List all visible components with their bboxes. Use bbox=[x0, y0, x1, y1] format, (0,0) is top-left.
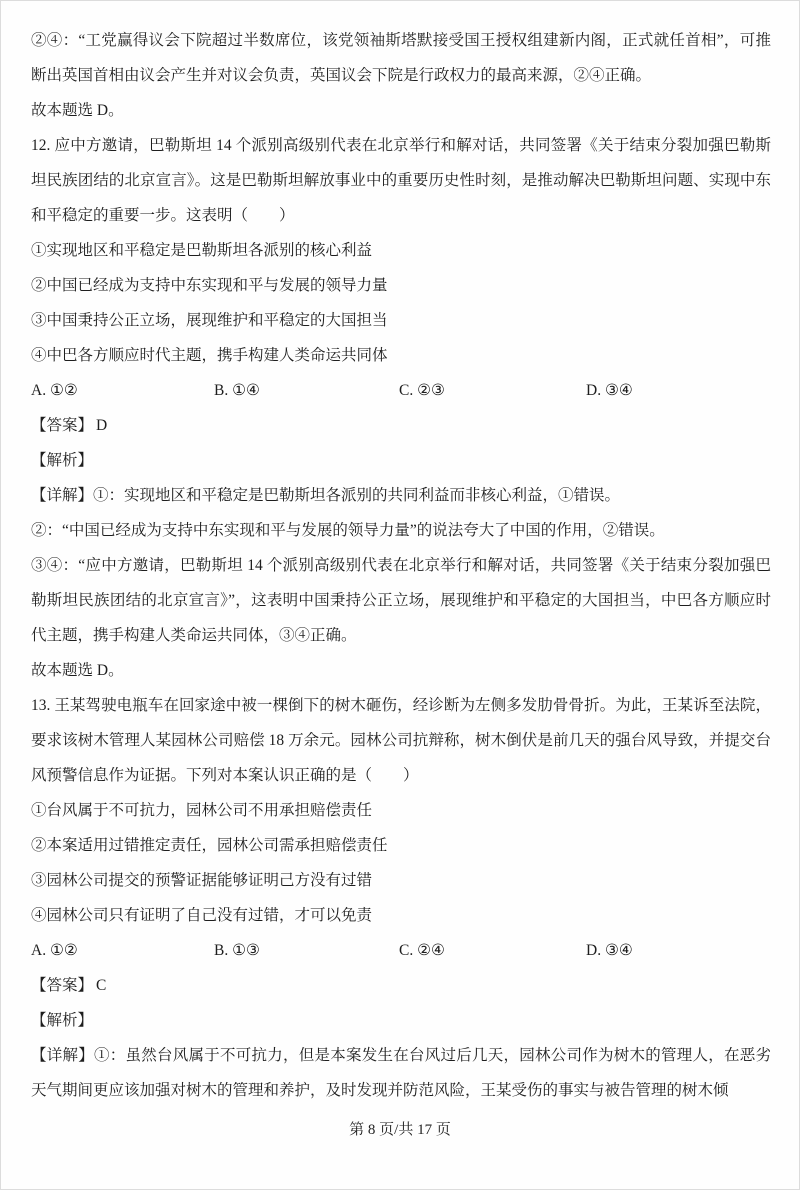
question-12-choice-d: D. ③④ bbox=[586, 373, 771, 408]
question-13-stem: 13. 王某驾驶电瓶车在回家途中被一棵倒下的树木砸伤，经诊断为左侧多发肋骨骨折。… bbox=[31, 688, 771, 793]
question-13-option-1: ①台风属于不可抗力，园林公司不用承担赔偿责任 bbox=[31, 793, 771, 828]
document-page: ②④：“工党赢得议会下院超过半数席位，该党领袖斯塔默接受国王授权组建新内阁，正式… bbox=[0, 0, 800, 1190]
answer-label: 【答案】 bbox=[31, 417, 93, 434]
question-13-detail-paragraph: 【详解】①：虽然台风属于不可抗力，但是本案发生在台风过后几天，园林公司作为树木的… bbox=[31, 1038, 771, 1108]
question-12-analysis-heading: 【解析】 bbox=[31, 443, 771, 478]
question-12-detail-paragraph: ②：“中国已经成为支持中东实现和平与发展的领导力量”的说法夸大了中国的作用，②错… bbox=[31, 513, 771, 548]
question-13-choice-d: D. ③④ bbox=[586, 933, 771, 968]
question-12-detail-paragraph: 【详解】①：实现地区和平稳定是巴勒斯坦各派别的共同利益而非核心利益，①错误。 bbox=[31, 478, 771, 513]
question-12-choice-a: A. ①② bbox=[31, 373, 214, 408]
q11-conclusion: 故本题选 D。 bbox=[31, 93, 771, 128]
question-12-conclusion: 故本题选 D。 bbox=[31, 653, 771, 688]
question-12-option-3: ③中国秉持公正立场，展现维护和平稳定的大国担当 bbox=[31, 303, 771, 338]
question-13-choice-c: C. ②④ bbox=[399, 933, 586, 968]
question-13-choices-row: A. ①② B. ①③ C. ②④ D. ③④ bbox=[31, 933, 771, 968]
page-footer: 第 8 页/共 17 页 bbox=[1, 1118, 799, 1139]
question-12-option-4: ④中巴各方顺应时代主题，携手构建人类命运共同体 bbox=[31, 338, 771, 373]
question-12-answer-row: 【答案】D bbox=[31, 408, 771, 443]
question-13-option-4: ④园林公司只有证明了自己没有过错，才可以免责 bbox=[31, 898, 771, 933]
question-12-answer-value: D bbox=[96, 417, 107, 434]
question-13-analysis-heading: 【解析】 bbox=[31, 1003, 771, 1038]
question-13-option-3: ③园林公司提交的预警证据能够证明己方没有过错 bbox=[31, 863, 771, 898]
question-12-choice-c: C. ②③ bbox=[399, 373, 586, 408]
question-13-option-2: ②本案适用过错推定责任，园林公司需承担赔偿责任 bbox=[31, 828, 771, 863]
answer-label: 【答案】 bbox=[31, 977, 93, 994]
question-13-answer-row: 【答案】C bbox=[31, 968, 771, 1003]
question-13-answer-value: C bbox=[96, 977, 106, 994]
q11-explanation-paragraph: ②④：“工党赢得议会下院超过半数席位，该党领袖斯塔默接受国王授权组建新内阁，正式… bbox=[31, 23, 771, 93]
question-12-option-2: ②中国已经成为支持中东实现和平与发展的领导力量 bbox=[31, 268, 771, 303]
question-12-detail-paragraph: ③④：“应中方邀请，巴勒斯坦 14 个派别高级别代表在北京举行和解对话，共同签署… bbox=[31, 548, 771, 653]
question-12-option-1: ①实现地区和平稳定是巴勒斯坦各派别的核心利益 bbox=[31, 233, 771, 268]
question-12-stem: 12. 应中方邀请，巴勒斯坦 14 个派别高级别代表在北京举行和解对话，共同签署… bbox=[31, 128, 771, 233]
question-12-choice-b: B. ①④ bbox=[214, 373, 399, 408]
question-13-choice-b: B. ①③ bbox=[214, 933, 399, 968]
question-12-choices-row: A. ①② B. ①④ C. ②③ D. ③④ bbox=[31, 373, 771, 408]
question-13-choice-a: A. ①② bbox=[31, 933, 214, 968]
